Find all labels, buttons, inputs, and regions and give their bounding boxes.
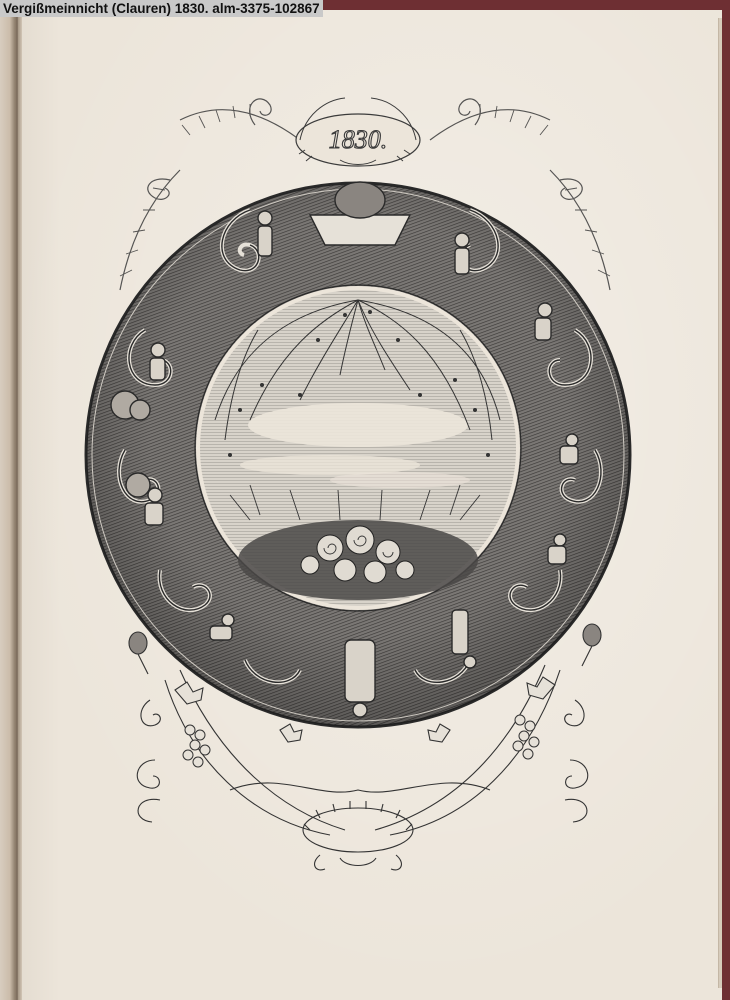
engraving-illustration: 1830. [0, 0, 730, 1000]
inner-roundel [195, 285, 521, 611]
bottom-wreath [303, 801, 413, 870]
thistle-finial-right [582, 624, 601, 666]
year-cartouche: 1830. [296, 98, 420, 166]
image-caption-bar: Vergißmeinnicht (Clauren) 1830. alm-3375… [0, 0, 323, 17]
cartouche-year: 1830. [329, 125, 388, 154]
thistle-finial-left [129, 632, 148, 674]
